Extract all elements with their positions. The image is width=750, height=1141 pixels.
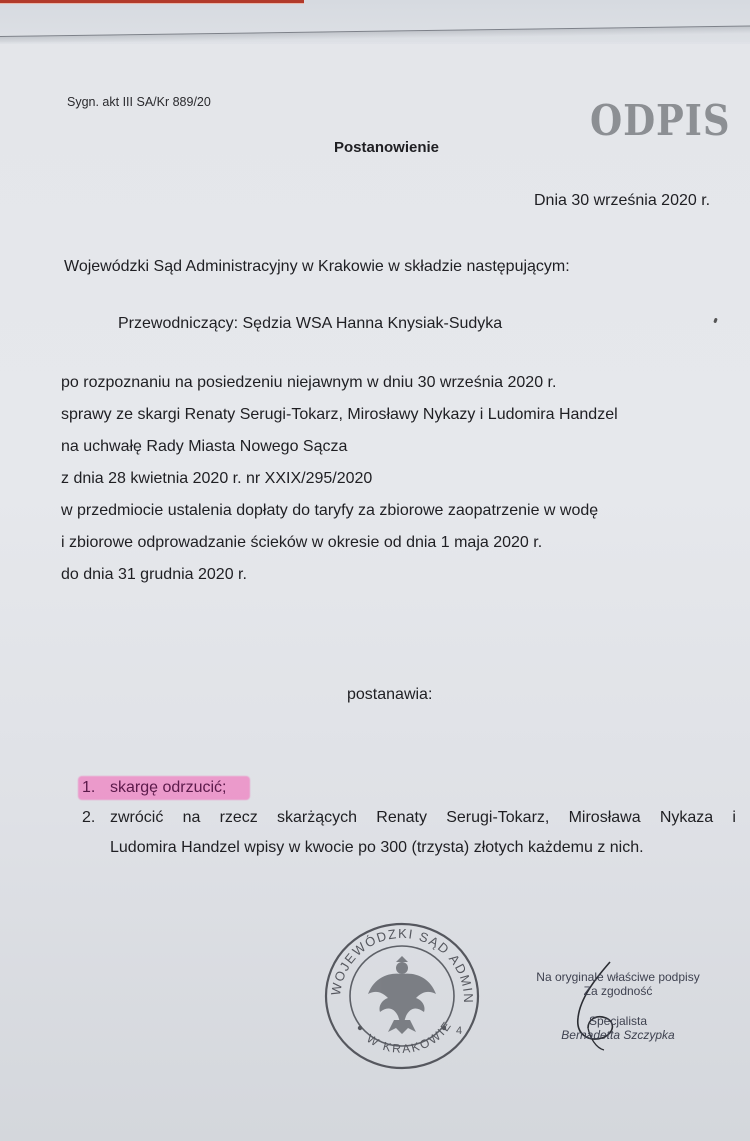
court-seal: WOJEWÓDZKI SĄD ADMINISTRACYJNY W KRAKOWI… (318, 916, 486, 1072)
word: Nykaza (660, 808, 713, 828)
certification-role: Specjalista (518, 1014, 718, 1028)
body-line: z dnia 28 kwietnia 2020 r. nr XXIX/295/2… (61, 469, 372, 489)
word: Mirosława (569, 808, 641, 828)
decision-2-line2: Ludomira Handzel wpisy w kwocie po 300 (… (110, 838, 644, 858)
document-date: Dnia 30 września 2020 r. (534, 191, 710, 211)
body-line: do dnia 31 grudnia 2020 r. (61, 565, 247, 585)
decision-1-number: 1. (82, 778, 95, 798)
body-line: na uchwałę Rady Miasta Nowego Sącza (61, 437, 347, 457)
word: Renaty (376, 808, 427, 828)
document-title: Postanowienie (334, 138, 439, 158)
body-line: po rozpoznaniu na posiedzeniu niejawnym … (61, 373, 556, 393)
red-edge-strip (0, 0, 304, 4)
body-line: i zbiorowe odprowadzanie ścieków w okres… (61, 533, 542, 553)
word: skarżących (277, 808, 357, 828)
body-line: w przedmiocie ustalenia dopłaty do taryf… (61, 501, 598, 521)
eagle-icon (368, 956, 436, 1034)
decision-1-text: skargę odrzucić; (110, 778, 227, 798)
certification-line-1: Na oryginale właściwe podpisy (518, 970, 718, 984)
court-composition: Wojewódzki Sąd Administracyjny w Krakowi… (64, 257, 570, 277)
seal-number: 4 (456, 1025, 462, 1037)
certification-name: Bernadetta Szczypka (518, 1028, 718, 1042)
case-number: Sygn. akt III SA/Kr 889/20 (67, 92, 211, 112)
certification-line-2: Za zgodność (518, 984, 718, 998)
chairman-line: Przewodniczący: Sędzia WSA Hanna Knysiak… (118, 314, 502, 334)
decision-2-number: 2. (82, 808, 95, 828)
certification-block: Na oryginale właściwe podpisy Za zgodnoś… (518, 970, 718, 1042)
body-line: sprawy ze skargi Renaty Serugi-Tokarz, M… (61, 405, 618, 425)
word: zwrócić (110, 808, 163, 828)
word: Serugi-Tokarz, (446, 808, 549, 828)
decision-2-line1: zwrócić na rzecz skarżących Renaty Serug… (110, 808, 736, 828)
odpis-stamp: ODPIS (590, 96, 730, 145)
word: i (732, 808, 736, 828)
word: na (183, 808, 201, 828)
seal-graphic: WOJEWÓDZKI SĄD ADMINISTRACYJNY W KRAKOWI… (318, 916, 486, 1072)
word: rzecz (220, 808, 258, 828)
decides-label: postanawia: (347, 685, 432, 705)
